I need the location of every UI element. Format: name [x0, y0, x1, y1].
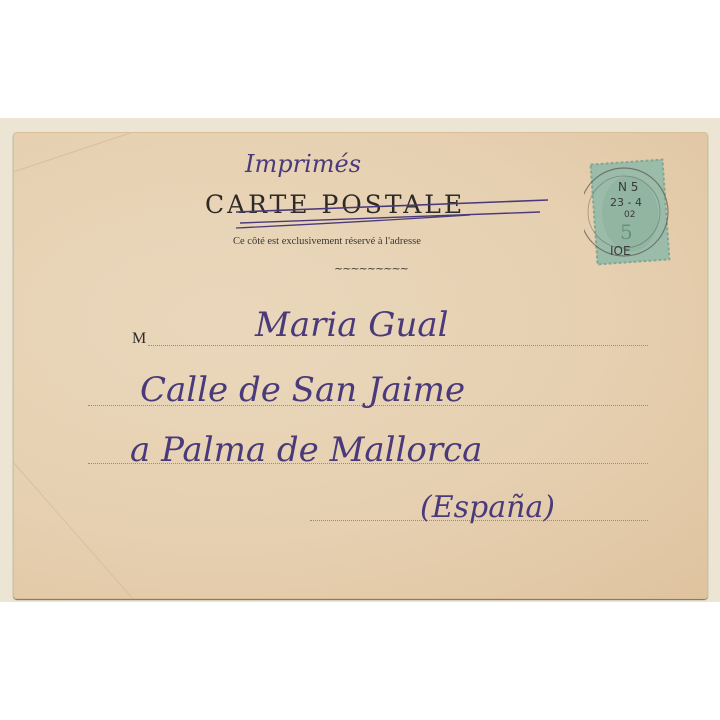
stamp-denomination: 5 — [620, 220, 633, 244]
ornament-divider: ~~~~~~~~~ — [334, 262, 408, 275]
card-subtitle-printed: Ce côté est exclusivement réservé à l'ad… — [233, 236, 421, 247]
postmark-town: IOE — [610, 244, 631, 258]
handwritten-address-name: Maria Gual — [255, 305, 449, 345]
address-line-1 — [148, 345, 648, 346]
recipient-prefix: M — [132, 330, 146, 348]
handwritten-address-city: a Palma de Mallorca — [130, 430, 482, 470]
card-title-printed: CARTE POSTALE — [205, 190, 465, 219]
handwritten-address-country: (España) — [420, 490, 555, 525]
postmark-line-1: N 5 — [618, 180, 638, 194]
handwritten-address-street: Calle de San Jaime — [140, 370, 465, 410]
handwritten-annotation: Imprimés — [245, 150, 361, 178]
postmark-line-2: 23 - 4 — [610, 196, 642, 209]
postmark-line-3: 02 — [624, 210, 635, 220]
postage-stamp: N 5 23 - 4 02 5 IOE — [584, 152, 672, 270]
